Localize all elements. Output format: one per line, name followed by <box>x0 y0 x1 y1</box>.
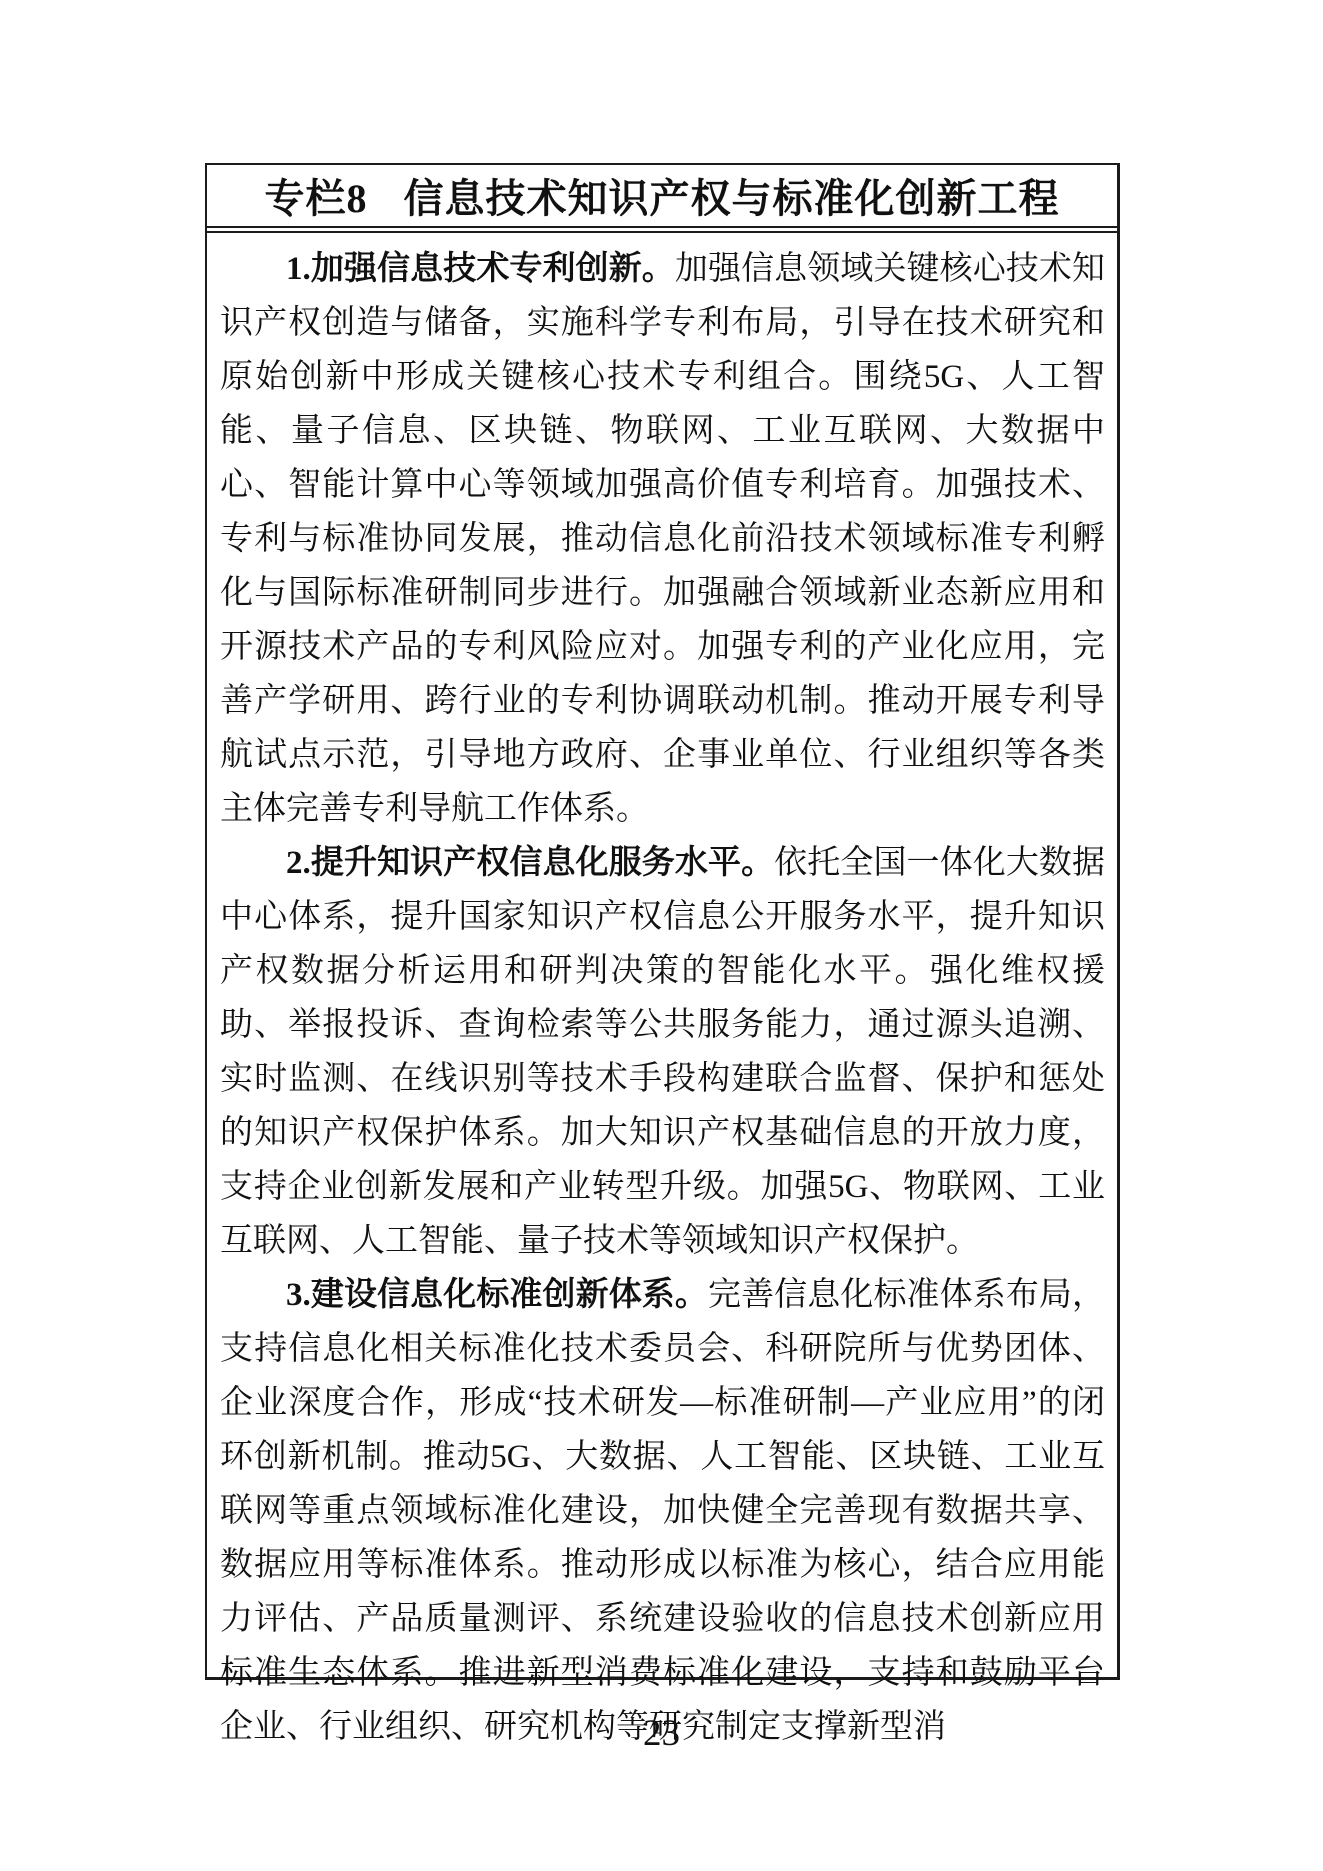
panel-body: 1.加强信息技术专利创新。加强信息领域关键核心技术知识产权创造与储备，实施科学专… <box>207 233 1117 1754</box>
paragraph-2-lead: 2.提升知识产权信息化服务水平。 <box>286 845 774 881</box>
page-number: 23 <box>0 1712 1323 1755</box>
panel-title: 信息技术知识产权与标准化创新工程 <box>404 167 1060 224</box>
paragraph-3-lead: 3.建设信息化标准创新体系。 <box>286 1277 708 1313</box>
panel-header: 专栏8 信息技术知识产权与标准化创新工程 <box>207 165 1117 228</box>
paragraph-2-text: 依托全国一体化大数据中心体系，提升国家知识产权信息公开服务水平，提升知识产权数据… <box>220 845 1105 1259</box>
paragraph-patent-innovation: 1.加强信息技术专利创新。加强信息领域关键核心技术知识产权创造与储备，实施科学专… <box>220 242 1105 836</box>
column-8-panel: 专栏8 信息技术知识产权与标准化创新工程 1.加强信息技术专利创新。加强信息领域… <box>205 163 1120 1680</box>
paragraph-standards-innovation: 3.建设信息化标准创新体系。完善信息化标准体系布局，支持信息化相关标准化技术委员… <box>220 1268 1105 1754</box>
paragraph-1-text: 加强信息领域关键核心技术知识产权创造与储备，实施科学专利布局，引导在技术研究和原… <box>220 251 1105 827</box>
document-page: 专栏8 信息技术知识产权与标准化创新工程 1.加强信息技术专利创新。加强信息领域… <box>0 0 1323 1871</box>
paragraph-3-text: 完善信息化标准体系布局，支持信息化相关标准化技术委员会、科研院所与优势团体、企业… <box>220 1277 1105 1745</box>
paragraph-1-lead: 1.加强信息技术专利创新。 <box>286 251 675 287</box>
panel-label: 专栏8 <box>265 167 368 224</box>
paragraph-ip-information-service: 2.提升知识产权信息化服务水平。依托全国一体化大数据中心体系，提升国家知识产权信… <box>220 836 1105 1268</box>
